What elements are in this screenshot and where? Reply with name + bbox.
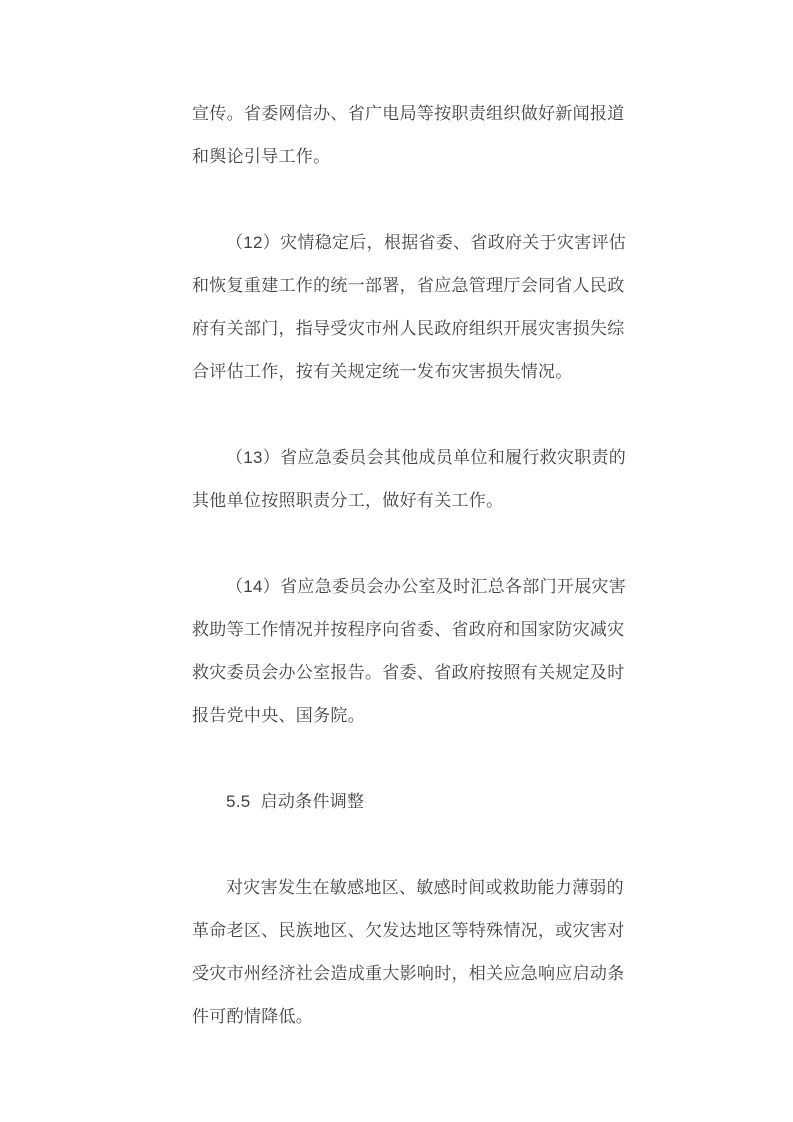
- text-line: 件可酌情降低。: [192, 995, 628, 1038]
- heading-line: 5.5启动条件调整: [192, 780, 628, 823]
- text-line: 合评估工作，按有关规定统一发布灾害损失情况。: [192, 350, 628, 393]
- paragraph: （14）省应急委员会办公室及时汇总各部门开展灾害救助等工作情况并按程序向省委、省…: [192, 565, 628, 737]
- text-line: 救助等工作情况并按程序向省委、省政府和国家防灾减灾: [192, 608, 628, 651]
- text-line: （12）灾情稳定后，根据省委、省政府关于灾害评估: [192, 221, 628, 264]
- text-line: 救灾委员会办公室报告。省委、省政府按照有关规定及时: [192, 651, 628, 694]
- text-line: 宣传。省委网信办、省广电局等按职责组织做好新闻报道: [192, 92, 628, 135]
- section-heading: 5.5启动条件调整: [192, 780, 628, 823]
- text-line: 对灾害发生在敏感地区、敏感时间或救助能力薄弱的: [192, 866, 628, 909]
- text-line: 和恢复重建工作的统一部署，省应急管理厅会同省人民政: [192, 264, 628, 307]
- text-line: （13）省应急委员会其他成员单位和履行救灾职责的: [192, 436, 628, 479]
- text-line: 和舆论引导工作。: [192, 135, 628, 178]
- text-line: 报告党中央、国务院。: [192, 694, 628, 737]
- document-text-area: 宣传。省委网信办、省广电局等按职责组织做好新闻报道和舆论引导工作。（12）灾情稳…: [192, 92, 628, 1038]
- document-page: 宣传。省委网信办、省广电局等按职责组织做好新闻报道和舆论引导工作。（12）灾情稳…: [0, 0, 793, 1122]
- text-line: 其他单位按照职责分工，做好有关工作。: [192, 479, 628, 522]
- text-line: 府有关部门，指导受灾市州人民政府组织开展灾害损失综: [192, 307, 628, 350]
- paragraph: 对灾害发生在敏感地区、敏感时间或救助能力薄弱的革命老区、民族地区、欠发达地区等特…: [192, 866, 628, 1038]
- paragraph: （12）灾情稳定后，根据省委、省政府关于灾害评估和恢复重建工作的统一部署，省应急…: [192, 221, 628, 393]
- section-number: 5.5: [226, 792, 251, 811]
- text-line: （14）省应急委员会办公室及时汇总各部门开展灾害: [192, 565, 628, 608]
- paragraph: 宣传。省委网信办、省广电局等按职责组织做好新闻报道和舆论引导工作。: [192, 92, 628, 178]
- text-line: 受灾市州经济社会造成重大影响时，相关应急响应启动条: [192, 952, 628, 995]
- section-title: 启动条件调整: [261, 792, 365, 811]
- text-line: 革命老区、民族地区、欠发达地区等特殊情况，或灾害对: [192, 909, 628, 952]
- paragraph: （13）省应急委员会其他成员单位和履行救灾职责的其他单位按照职责分工，做好有关工…: [192, 436, 628, 522]
